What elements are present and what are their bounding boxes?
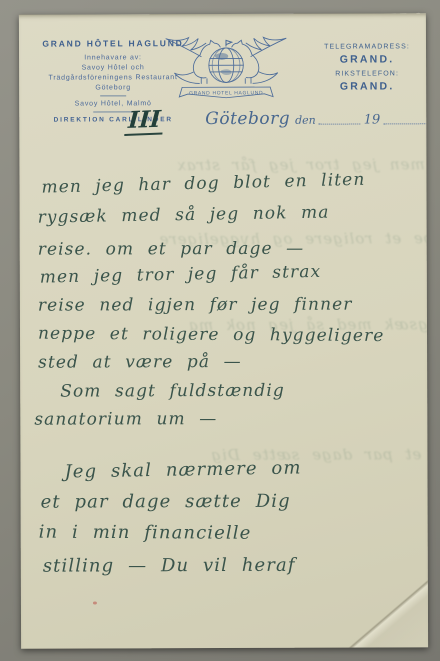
handwritten-line: rygsæk med så jeg nok ma [37,203,329,228]
divider-rule [100,95,126,96]
handwritten-line: sted at være på — [38,352,242,373]
handwritten-line: Som sagt fuldstændig [60,381,285,402]
handwritten-line: et par dage sætte Dig [41,491,291,513]
direction-line: DIREKTION CARL LINDER [33,116,193,124]
telephone-label: RIKSTELEFON: [317,70,417,77]
handwritten-line: reise. om et par dage — [38,239,305,260]
hotel-crest-icon: GRAND HOTEL HAGLUND [159,32,293,108]
date-dotted-line [319,123,361,125]
photograph-background: N1957-2 GRAND HÔTEL HAGLUND Innehavare a… [0,0,440,661]
handwritten-line: sanatorium um — [34,409,217,430]
letterhead-right-block: TELEGRAMADRESS: GRAND. RIKSTELEFON: GRAN… [317,43,417,97]
date-den: den [295,114,316,127]
telegram-address-value: GRAND. [317,53,417,65]
date-year-prefix: 19 [364,112,381,127]
letter-paper: GRAND HÔTEL HAGLUND Innehavare av: Savoy… [19,13,428,648]
handwritten-line: Jeg skal nærmere om [64,457,301,482]
handwritten-line: in i min financielle [39,522,252,544]
handwritten-line: men jeg tror jeg får strax [40,262,322,288]
date-dotted-line [383,122,428,124]
handwritten-line: neppe et roligere og hyggeligere [38,324,385,346]
paper-speck [93,601,97,604]
crest-banner-text: GRAND HOTEL HAGLUND [189,90,263,96]
handwritten-line: stilling — Du vil heraf [43,555,296,577]
telegram-address-label: TELEGRAMADRESS: [317,43,417,50]
date-place: Göteborg [205,109,290,129]
paper-corner-fold [348,579,428,647]
handwritten-page-number: III [124,106,164,136]
handwritten-line: men jeg har dog blot en liten [41,170,365,198]
date-line: Göteborg den 19 [205,108,428,129]
handwritten-line: reise ned igjen før jeg finner [38,295,353,316]
telephone-value: GRAND. [317,80,417,92]
